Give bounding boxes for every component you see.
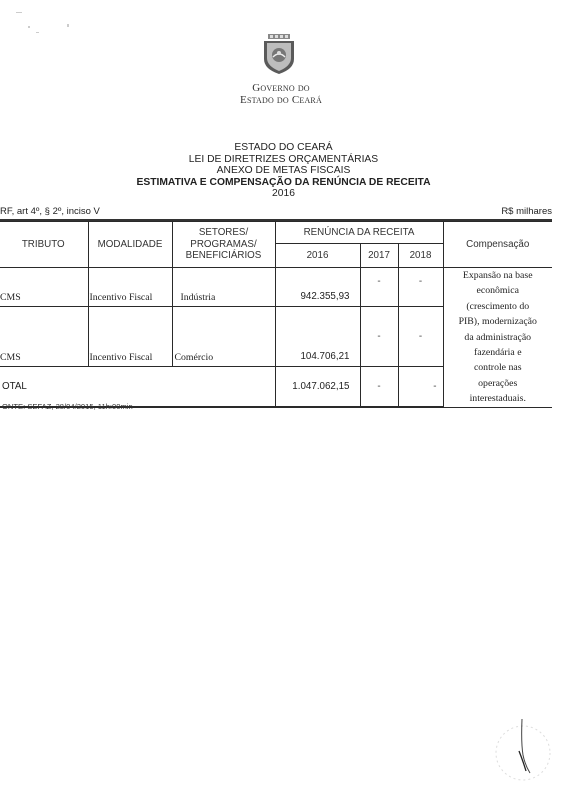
header-setores-line3: BENEFICIÁRIOS [173, 250, 275, 262]
cell-2017: - [360, 268, 398, 307]
cell-total-2017: - [360, 367, 398, 407]
cell-total-2018: - [398, 367, 443, 407]
header-2016: 2016 [275, 244, 360, 268]
cell-compensacao: Expansão na base econômica (crescimento … [443, 268, 552, 408]
cell-2016: 104.706,21 [275, 307, 360, 367]
cell-modalidade: Incentivo Fiscal [88, 307, 172, 367]
title-annex: ANEXO DE METAS FISCAIS [0, 165, 567, 177]
header-modalidade: MODALIDADE [88, 222, 172, 268]
cell-tributo: CMS [0, 307, 88, 367]
cell-setor: Indústria [172, 268, 275, 307]
header-setores: SETORES/ PROGRAMAS/ BENEFICIÁRIOS [172, 222, 275, 268]
title-state: ESTADO DO CEARÁ [0, 142, 567, 154]
cell-modalidade: Incentivo Fiscal [88, 268, 172, 307]
signature-stamp-icon [488, 713, 558, 785]
waiver-table: TRIBUTO MODALIDADE SETORES/ PROGRAMAS/ B… [0, 221, 552, 408]
header-setores-line1: SETORES/ [173, 227, 275, 239]
cell-2018: - [398, 307, 443, 367]
cell-setor: Comércio [172, 307, 275, 367]
header-tributo: TRIBUTO [0, 222, 88, 268]
cell-2018: - [398, 268, 443, 307]
legal-reference: RF, art 4º, § 2º, inciso V [0, 206, 100, 217]
compensacao-line: controle nas [444, 360, 553, 375]
header-2017: 2017 [360, 244, 398, 268]
state-coat-of-arms-icon [259, 31, 299, 75]
title-year: 2016 [0, 188, 567, 200]
source-note: ONTE: SEFAZ, 28/04/2015, 11h:00min [2, 402, 133, 411]
header-renuncia: RENÚNCIA DA RECEITA [275, 222, 443, 244]
cell-tributo: CMS [0, 268, 88, 307]
cell-2017: - [360, 307, 398, 367]
header-2018: 2018 [398, 244, 443, 268]
header-setores-line2: PROGRAMAS/ [173, 239, 275, 251]
cell-2016: 942.355,93 [275, 268, 360, 307]
government-name-line1: Governo do [230, 82, 332, 94]
title-ldo: LEI DE DIRETRIZES ORÇAMENTÁRIAS [0, 154, 567, 166]
main-title: ESTIMATIVA E COMPENSAÇÃO DA RENÚNCIA DE … [0, 177, 567, 189]
compensacao-line: interestaduais. [444, 391, 553, 406]
cell-total-2016: 1.047.062,15 [275, 367, 360, 407]
table-row: CMS Incentivo Fiscal Indústria 942.355,9… [0, 268, 552, 307]
header-compensacao: Compensação [443, 222, 552, 268]
compensacao-line: da administração [444, 330, 553, 345]
compensacao-line: Expansão na base [444, 268, 553, 283]
government-name: Governo do Estado do Ceará [230, 82, 332, 106]
government-name-line2: Estado do Ceará [230, 94, 332, 106]
scan-artifact-marks [12, 10, 72, 35]
compensacao-line: PIB), modernização [444, 314, 553, 329]
currency-unit: R$ milhares [501, 206, 552, 217]
compensacao-line: fazendária e [444, 345, 553, 360]
compensacao-line: operações [444, 376, 553, 391]
document-titles: ESTADO DO CEARÁ LEI DE DIRETRIZES ORÇAME… [0, 142, 567, 200]
compensacao-line: (crescimento do [444, 299, 553, 314]
compensacao-line: econômica [444, 283, 553, 298]
